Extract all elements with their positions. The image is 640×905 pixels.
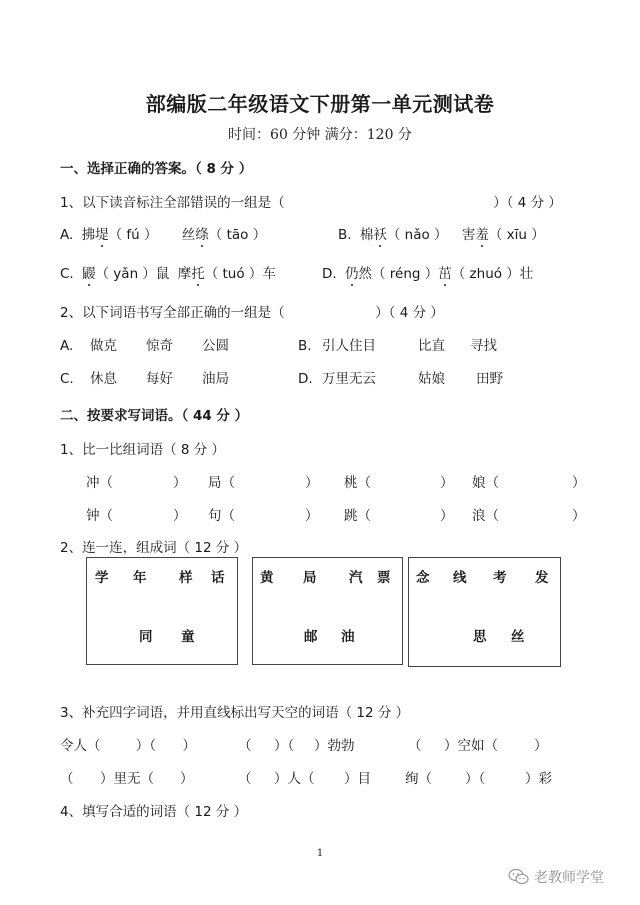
match-char[interactable]: 话 [211,566,225,586]
match-char[interactable]: 样 [179,566,193,586]
grid-cell[interactable]: 娘（ [472,471,499,491]
match-char[interactable]: 丝 [511,625,525,645]
idiom-fill[interactable]: 绚（）（）彩 [405,767,552,787]
close-paren: ） [440,471,454,491]
dotted-char: 鼹 [82,266,96,282]
prompt-text: 2、以下词语书写全部正确的一组是（ [60,305,285,321]
close-paren: ） [305,504,319,524]
option-2d: D.万里无云姑娘田野 [298,367,503,387]
match-char[interactable]: 线 [453,566,467,586]
idiom-part: ）目 [344,771,371,787]
grid-cell[interactable]: 冲（ [86,471,113,491]
word-char: 丝 [182,227,196,243]
option-label: B. [338,227,352,243]
exam-info: 时间：60 分钟 满分：120 分 [0,124,640,144]
idiom-fill[interactable]: 令人（）（） [60,734,196,754]
idiom-part: ）勃勃 [314,734,355,754]
prompt-tail: ）（ 4 分 ） [375,305,444,321]
idiom-part: ）里无（ [100,767,180,787]
idiom-fill[interactable]: （）（）勃勃 [238,734,355,754]
close-paren: ） [572,504,586,524]
word-char: 摩 [178,266,192,282]
char-prompt: 局（ [208,475,235,491]
idiom-fill[interactable]: （）空如（） [408,734,548,754]
idiom-part: ）（ [465,767,525,787]
word: 寻找 [470,338,497,354]
match-char[interactable]: 油 [341,625,355,645]
word: 比直 [418,334,470,354]
watermark: 老教师学堂 [508,867,604,887]
match-char[interactable]: 邮 [304,625,318,645]
idiom-part: （ [238,767,274,787]
idiom-fill[interactable]: （）人（）目 [238,767,371,787]
page-number: 1 [0,848,640,859]
match-char[interactable]: 学 [95,566,109,586]
pinyin: （ zhuó ）壮 [452,266,534,282]
match-char[interactable]: 汽 [349,566,363,586]
question-2-3-prompt: 3、补充四字词语，并用直线标出写天空的词语（ 12 分 ） [60,701,409,721]
option-label: C. [60,266,74,282]
word: 引人住目 [322,334,418,354]
word-char: 拂 [82,227,96,243]
idiom-part: ）人（ [274,767,344,787]
word-char: 棉 [360,227,374,243]
question-2-4-prompt: 4、填写合适的词语（ 12 分 ） [60,800,247,820]
option-label: A. [60,338,90,354]
pinyin: （ yǎn ）鼠 [96,266,170,282]
option-1c: C. 鼹（ yǎn ）鼠 摩托（ tuó ）车 [60,262,276,282]
idiom-part: （ [238,734,274,754]
question-2-1-prompt: 1、比一比组词语（ 8 分 ） [60,438,225,458]
char-prompt: 桃（ [344,475,371,491]
word-char: 害 [462,227,476,243]
word: 做克 [90,334,146,354]
pinyin: 然（ réng ） [358,266,438,282]
pinyin: （ tāo ） [209,227,266,243]
dotted-char: 羞 [475,227,489,243]
idiom-part: ） [180,771,194,787]
char-prompt: 浪（ [472,508,499,524]
dotted-char: 托 [191,266,205,282]
match-char[interactable]: 黄 [260,566,274,586]
word: 惊奇 [146,334,202,354]
grid-cell[interactable]: 桃（ [344,471,371,491]
close-paren: ） [173,504,187,524]
word: 每好 [146,367,202,387]
prompt-tail: ）（ 4 分 ） [493,195,562,211]
option-label: C. [60,371,90,387]
grid-cell[interactable]: 句（ [208,504,235,524]
option-label: D. [298,371,322,387]
match-char[interactable]: 念 [416,566,430,586]
char-prompt: 跳（ [344,508,371,524]
word: 田野 [476,371,503,387]
pinyin: （ nǎo ） [387,227,448,243]
question-2-2-prompt: 2、连一连，组成词（ 12 分 ） [60,536,247,556]
idiom-part: ）空如（ [444,734,534,754]
pinyin: （ fú ） [109,227,158,243]
section-1-heading: 一、选择正确的答案。（ 8 分 ） [60,157,252,177]
match-char[interactable]: 票 [377,566,391,586]
match-char[interactable]: 年 [133,566,147,586]
match-char[interactable]: 同 [139,625,153,645]
idiom-part: ）彩 [525,771,552,787]
idiom-part: ）（ [100,734,156,754]
idiom-fill[interactable]: （）里无（） [60,767,194,787]
option-label: B. [298,338,322,354]
option-label: A. [60,227,73,243]
idiom-part: ） [156,734,196,754]
idiom-part: （ [60,767,100,787]
pinyin: （ tuó ）车 [205,266,276,282]
close-paren: ） [440,504,454,524]
question-1-1-prompt: 1、以下读音标注全部错误的一组是（ ）（ 4 分 ） [60,191,562,211]
watermark-text: 老教师学堂 [534,867,604,887]
option-2b: B.引人住目比直寻找 [298,334,497,354]
word: 万里无云 [322,367,418,387]
option-1b: B. 棉袄（ nǎo ） 害羞（ xīu ） [338,223,545,243]
word: 公圆 [202,338,229,354]
grid-cell[interactable]: 钟（ [86,504,113,524]
matching-box-3: 念 线 考 发 思 丝 [408,557,561,667]
option-label: D. [322,266,337,282]
idiom-part: 令人（ [60,734,100,754]
word: 油局 [202,371,229,387]
option-2c: C.休息每好油局 [60,367,229,387]
idiom-part: ） [534,738,548,754]
dotted-char: 绦 [195,227,209,243]
question-1-2-prompt: 2、以下词语书写全部正确的一组是（ ）（ 4 分 ） [60,301,444,321]
wechat-icon [508,868,530,886]
option-1d: D. 仍然（ réng ）茁（ zhuó ）壮 [322,262,533,282]
pinyin: （ xīu ） [489,227,545,243]
grid-cell[interactable]: 跳（ [344,504,371,524]
match-char[interactable]: 考 [493,566,507,586]
grid-cell[interactable]: 局（ [208,471,235,491]
idiom-part: （ [408,734,444,754]
char-prompt: 钟（ [86,508,113,524]
word: 休息 [90,367,146,387]
grid-cell[interactable]: 浪（ [472,504,499,524]
char-prompt: 句（ [208,508,235,524]
match-char[interactable]: 童 [181,625,195,645]
matching-box-1: 学 年 样 话 同 童 [86,557,238,665]
prompt-text: 1、以下读音标注全部错误的一组是（ [60,195,285,211]
match-char[interactable]: 局 [303,566,317,586]
close-paren: ） [572,471,586,491]
char-prompt: 冲（ [86,475,113,491]
matching-box-2: 黄 局 汽 票 邮 油 [252,557,403,665]
option-1a: A. 拂堤（ fú ） 丝绦（ tāo ） [60,223,266,243]
dotted-char: 堤 [95,227,109,243]
idiom-part: 绚（ [405,767,465,787]
char-prompt: 娘（ [472,475,499,491]
word: 姑娘 [418,367,476,387]
page-title: 部编版二年级语文下册第一单元测试卷 [0,88,640,117]
idiom-part: ）（ [274,734,304,754]
option-2a: A.做克惊奇公圆 [60,334,229,354]
section-2-heading: 二、按要求写词语。（ 44 分 ） [60,404,248,424]
dotted-char: 仍 [345,266,359,282]
dotted-char: 茁 [438,266,452,282]
close-paren: ） [173,471,187,491]
close-paren: ） [305,471,319,491]
match-char[interactable]: 思 [473,625,487,645]
dotted-char: 袄 [373,227,387,243]
match-char[interactable]: 发 [535,566,549,586]
